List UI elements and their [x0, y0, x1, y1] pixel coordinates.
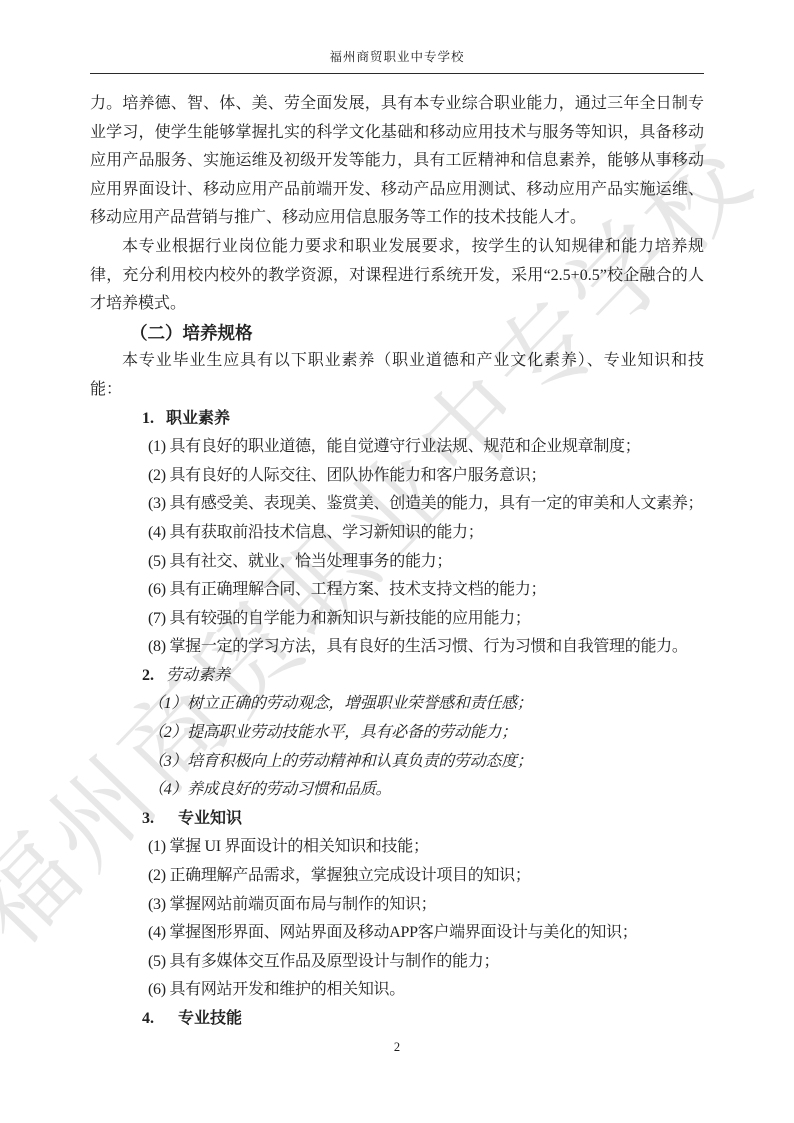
list-item: (4) 掌握图形界面、网站界面及移动APP客户端界面设计与美化的知识；	[90, 919, 704, 948]
page-footer: 2	[0, 1040, 794, 1055]
subsection-number: 1.	[142, 410, 154, 427]
subsection-heading-labor-quality: 2.劳动素养	[90, 662, 704, 691]
list-item: （4）养成良好的劳动习惯和品质。	[90, 776, 704, 805]
subsection-title: 专业知识	[178, 810, 242, 827]
subsection-number: 3.	[142, 810, 154, 827]
subsection-heading-professional-knowledge: 3.专业知识	[90, 805, 704, 834]
document-body: 力。培养德、智、体、美、劳全面发展，具有本专业综合职业能力，通过三年全日制专业学…	[90, 90, 704, 1034]
list-item: (5) 具有多媒体交互作品及原型设计与制作的能力；	[90, 948, 704, 977]
section-heading-training-specs: （二）培养规格	[90, 319, 704, 348]
paragraph-continuation: 力。培养德、智、体、美、劳全面发展，具有本专业综合职业能力，通过三年全日制专业学…	[90, 90, 704, 233]
list-item: (8) 掌握一定的学习方法，具有良好的生活习惯、行为习惯和自我管理的能力。	[90, 633, 704, 662]
subsection-number: 2.	[142, 667, 154, 684]
document-page: 福州商贸职业中专学校 福州商贸职业中专学校 力。培养德、智、体、美、劳全面发展，…	[0, 0, 794, 1123]
list-item: （3）培育积极向上的劳动精神和认真负责的劳动态度；	[90, 748, 704, 777]
list-item: (3) 掌握网站前端页面布局与制作的知识；	[90, 891, 704, 920]
list-item: （2）提高职业劳动技能水平，具有必备的劳动能力；	[90, 719, 704, 748]
subsection-title: 专业技能	[178, 1010, 242, 1027]
paragraph-training-mode: 本专业根据行业岗位能力要求和职业发展要求，按学生的认知规律和能力培养规律，充分利…	[90, 233, 704, 319]
subsection-heading-occupational-quality: 1.职业素养	[90, 405, 704, 434]
subsection-heading-professional-skills: 4.专业技能	[90, 1005, 704, 1034]
subsection-title: 劳动素养	[166, 667, 230, 684]
paragraph-intro: 本专业毕业生应具有以下职业素养（职业道德和产业文化素养）、专业知识和技能：	[90, 347, 704, 404]
list-item: (6) 具有网站开发和维护的相关知识。	[90, 976, 704, 1005]
list-item: (6) 具有正确理解合同、工程方案、技术支持文档的能力；	[90, 576, 704, 605]
list-item: (1) 具有良好的职业道德，能自觉遵守行业法规、规范和企业规章制度；	[90, 433, 704, 462]
list-item: (2) 正确理解产品需求，掌握独立完成设计项目的知识；	[90, 862, 704, 891]
header-rule	[90, 73, 704, 74]
list-item: （1）树立正确的劳动观念，增强职业荣誉感和责任感；	[90, 690, 704, 719]
subsection-number: 4.	[142, 1010, 154, 1027]
page-number: 2	[394, 1040, 400, 1054]
list-item: (4) 具有获取前沿技术信息、学习新知识的能力；	[90, 519, 704, 548]
list-item: (5) 具有社交、就业、恰当处理事务的能力；	[90, 548, 704, 577]
subsection-title: 职业素养	[166, 410, 230, 427]
list-item: (1) 掌握 UI 界面设计的相关知识和技能；	[90, 833, 704, 862]
list-item: (3) 具有感受美、表现美、鉴赏美、创造美的能力，具有一定的审美和人文素养；	[90, 490, 704, 519]
list-item: (7) 具有较强的自学能力和新知识与新技能的应用能力；	[90, 605, 704, 634]
header-school-name: 福州商贸职业中专学校	[0, 47, 794, 65]
list-item: (2) 具有良好的人际交往、团队协作能力和客户服务意识；	[90, 462, 704, 491]
